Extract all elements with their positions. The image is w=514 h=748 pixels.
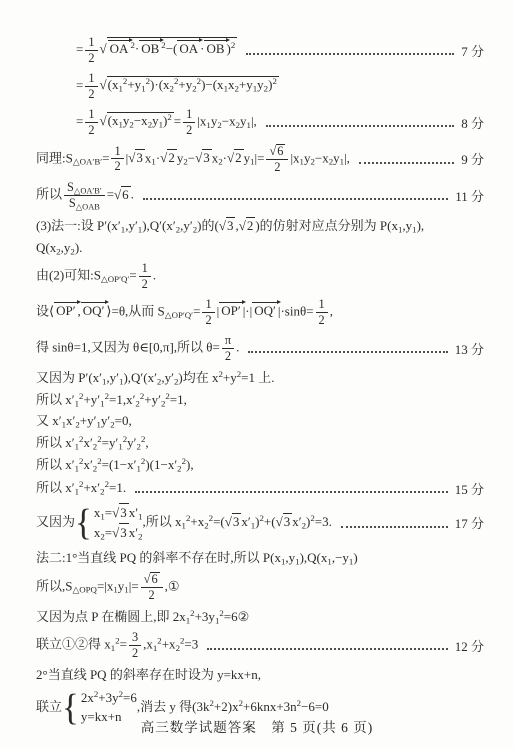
math-expression: =12√OA2·OB2−(OA·OB)2 [76,36,237,65]
math-expression: 又因为 P′(x′1,y′1),Q′(x′2,y′2)均在 x2+y2=1 上. [36,370,274,387]
math-expression: 所以 x′12+x′22=1. [36,480,126,497]
formula-line: Q(x2,y2). [36,240,484,257]
solution-lines: =12√OA2·OB2−(OA·OB)27 分=12√(x12+y12)·(x2… [36,36,484,727]
fraction: 12 [111,145,123,174]
score-label: 13 分 [455,339,484,358]
score-label: 7 分 [461,41,484,60]
sqrt-radical: √6 [144,572,160,587]
sqrt-radical: √2 [239,217,256,235]
vector-overline: OB [139,40,161,57]
answer-sheet-page: =12√OA2·OB2−(OA·OB)27 分=12√(x12+y12)·(x2… [0,0,514,748]
vector-overline: OP′ [219,302,242,319]
vector-overline: OB [204,40,226,57]
dotted-leader [248,344,447,353]
formula-line: =12√(x12+y12)·(x22+y22)−(x1x2+y1y2)2 [76,72,484,101]
score-label: 9 分 [461,149,484,168]
fraction: √62 [266,144,288,175]
formula-line: 所以S△OA′B′S△OAB=√6.11 分 [36,181,484,210]
math-expression: 所以 x′12+y′12=1,x′22+y′22=1, [36,392,187,409]
dotted-leader [143,191,448,200]
sqrt-radical: √(x12+y12)·(x22+y22)−(x1x2+y1y2)2 [100,76,279,94]
formula-line: 2°当直线 PQ 的斜率存在时设为 y=kx+n, [36,667,484,684]
cases-brace: {x1=√3x′1x2=√3x′2 [75,503,143,543]
formula-line: 所以 x′12x′22=y′12y′22, [36,435,484,452]
math-expression: 又 x′1x′2+y′1y′2=0, [36,413,132,430]
formula-line: 设⟨OP′,OQ′⟩=θ,从而 S△OP′Q′=12|OP′|·|OQ′|·si… [36,298,484,327]
fraction: 12 [139,262,151,291]
dotted-leader [246,46,454,55]
vector-overline: OQ′ [81,302,107,319]
math-expression: 所以,S△OPQ=|x1y1|=√62,① [36,572,180,603]
score-label: 17 分 [455,513,484,532]
sqrt-radical: √2 [227,149,244,167]
sqrt-radical: √3 [195,149,212,167]
math-expression: 又因为{x1=√3x′1x2=√3x′2,所以 x12+x22=(√3x′1)2… [36,503,332,543]
formula-line: 得 sinθ=1,又因为 θ∈[0,π],所以 θ=π2.13 分 [36,334,484,363]
vector-overline: OA [177,40,200,57]
page-footer: 高三数学试题答案 第 5 页(共 6 页) [0,716,514,736]
fraction: 12 [85,36,97,65]
formula-line: 由(2)可知:S△OP′Q′=12. [36,262,484,291]
formula-line: 又因为点 P 在椭圆上,即 2x12+3y12=6② [36,609,484,626]
dotted-leader [266,118,454,127]
formula-line: 法二:1°当直线 PQ 的斜率不存在时,所以 P(x1,y1),Q(x1,−y1… [36,550,484,567]
sqrt-radical: √3 [225,513,242,531]
vector-overline: OP′ [54,302,77,319]
score-label: 11 分 [455,186,484,205]
math-expression: =12√(x12+y12)·(x22+y22)−(x1x2+y1y2)2 [76,72,279,101]
math-expression: Q(x2,y2). [36,240,82,257]
math-expression: =12√(x1y2−x2y1)2=12|x1y2−x2y1|, [76,108,257,137]
vector-overline: OA [108,40,131,57]
math-expression: 联立①②得 x12=32,x12+x22=3 [36,631,198,660]
math-expression: 得 sinθ=1,又因为 θ∈[0,π],所以 θ=π2. [36,334,239,363]
formula-line: 又 x′1x′2+y′1y′2=0, [36,413,484,430]
sqrt-radical: √6 [114,186,131,204]
formula-line: =12√(x1y2−x2y1)2=12|x1y2−x2y1|,8 分 [76,108,484,137]
formula-line: 又因为 P′(x′1,y′1),Q′(x′2,y′2)均在 x2+y2=1 上. [36,370,484,387]
sqrt-radical: √(x1y2−x2y1)2 [100,112,174,130]
dotted-leader [341,518,448,527]
fraction: 12 [202,298,214,327]
formula-line: 所以,S△OPQ=|x1y1|=√62,① [36,572,484,603]
fraction: S△OA′B′S△OAB [64,181,105,210]
math-expression: 又因为点 P 在椭圆上,即 2x12+3y12=6② [36,609,249,626]
formula-line: =12√OA2·OB2−(OA·OB)27 分 [76,36,484,65]
fraction: 12 [85,108,97,137]
formula-line: 所以 x′12x′22=(1−x′12)(1−x′22), [36,457,484,474]
vector-overline: OQ′ [252,302,278,319]
score-label: 12 分 [455,636,484,655]
math-expression: (3)法一:设 P′(x′1,y′1),Q′(x′2,y′2)的(√3,√2)的… [36,217,424,235]
math-expression: 所以S△OA′B′S△OAB=√6. [36,181,134,210]
sqrt-radical: √3 [219,217,236,235]
fraction: 12 [85,72,97,101]
dotted-leader [359,154,454,163]
fraction: 32 [129,631,141,660]
formula-line: 联立①②得 x12=32,x12+x22=312 分 [36,631,484,660]
math-expression: 2°当直线 PQ 的斜率存在时设为 y=kx+n, [36,667,261,684]
math-expression: 由(2)可知:S△OP′Q′=12. [36,262,156,291]
score-label: 15 分 [455,479,484,498]
dotted-leader [135,484,448,493]
sqrt-radical: √3 [112,503,129,523]
fraction: π2 [222,334,234,363]
fraction: 12 [183,108,195,137]
formula-line: 又因为{x1=√3x′1x2=√3x′2,所以 x12+x22=(√3x′1)2… [36,503,484,543]
fraction: √62 [141,572,163,603]
math-expression: 所以 x′12x′22=(1−x′12)(1−x′22), [36,457,194,474]
dotted-leader [207,641,447,650]
math-expression: 法二:1°当直线 PQ 的斜率不存在时,所以 P(x1,y1),Q(x1,−y1… [36,550,358,567]
fraction: 12 [316,298,328,327]
sqrt-radical: √3 [276,513,293,531]
score-label: 8 分 [461,113,484,132]
formula-line: 所以 x′12+y′12=1,x′22+y′22=1, [36,392,484,409]
math-expression: 所以 x′12x′22=y′12y′22, [36,435,149,452]
sqrt-radical: √3 [128,149,145,167]
math-expression: 设⟨OP′,OQ′⟩=θ,从而 S△OP′Q′=12|OP′|·|OQ′|·si… [36,298,333,327]
sqrt-radical: √3 [112,523,129,543]
formula-line: (3)法一:设 P′(x′1,y′1),Q′(x′2,y′2)的(√3,√2)的… [36,217,484,235]
sqrt-radical: √6 [269,144,285,159]
sqrt-radical: √2 [160,149,177,167]
formula-line: 同理:S△OA′B′=12|√3x1·√2y2−√3x2·√2y1|=√62|x… [36,144,484,175]
sqrt-radical: √OA2·OB2−(OA·OB)2 [100,37,238,58]
math-expression: 同理:S△OA′B′=12|√3x1·√2y2−√3x2·√2y1|=√62|x… [36,144,350,175]
formula-line: 所以 x′12+x′22=1.15 分 [36,479,484,498]
